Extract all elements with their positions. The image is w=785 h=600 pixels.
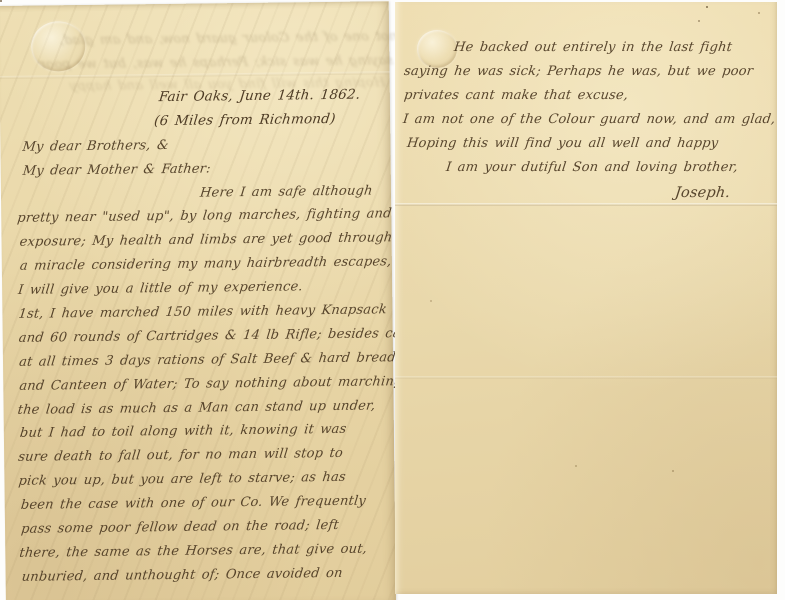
bleed-through-writing: saying he was sick; Perhaps he was, but … [38, 53, 394, 72]
handwriting-line: He backed out entirely in the last fight [453, 36, 773, 60]
handwriting-line: saying he was sick; Perhaps he was, but … [403, 60, 773, 84]
letter-location: (6 Miles from Richmond) [153, 107, 386, 134]
handwriting-line: privates cant make that excuse, [403, 84, 773, 108]
letter-closing: I am your dutiful Son and loving brother… [445, 156, 773, 180]
right-page-text: He backed out entirely in the last fight… [403, 36, 771, 205]
letter-page-left: I am not one of the Colour guard now, an… [0, 1, 396, 600]
handwriting-line: Here I am safe although [199, 179, 387, 205]
handwriting-line: I am not one of the Colour guard now, an… [402, 108, 773, 132]
fold-crease [0, 71, 390, 79]
letter-dateline: Fair Oaks, June 14th. 1862. [157, 83, 385, 110]
letter-scan: I am not one of the Colour guard now, an… [0, 0, 785, 600]
handwriting-line: Hoping this will find you all well and h… [406, 132, 773, 156]
letter-signature: Joseph. [674, 181, 773, 205]
left-page-text: Fair Oaks, June 14th. 1862. (6 Miles fro… [14, 83, 390, 589]
handwriting-line: unburied, and unthought of; Once avoided… [20, 561, 391, 589]
paper-specks [0, 0, 2, 2]
fold-crease [395, 376, 777, 379]
letter-page-right: He backed out entirely in the last fight… [395, 2, 777, 594]
embossed-seal-icon [31, 21, 86, 72]
bleed-through-writing: I am not one of the Colour guard now, an… [58, 29, 437, 49]
